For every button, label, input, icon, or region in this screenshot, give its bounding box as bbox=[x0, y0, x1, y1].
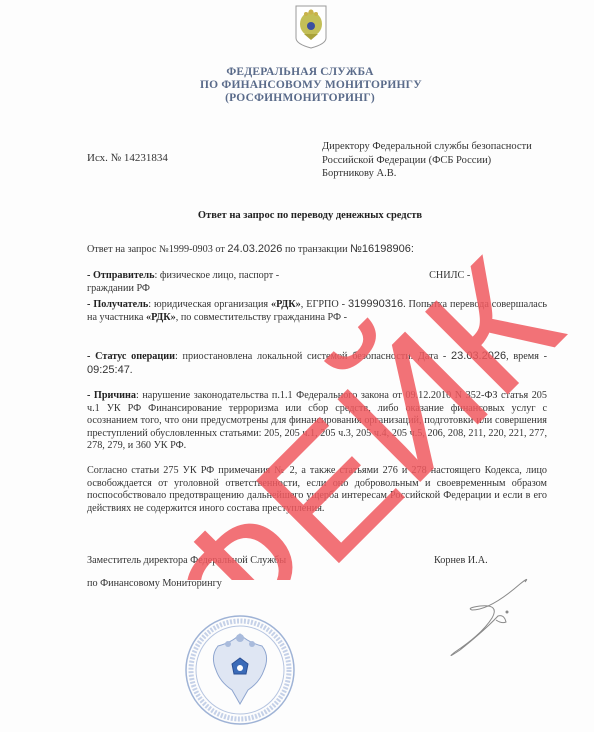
recipient-paragraph: - Получатель: юридическая организация «Р… bbox=[87, 298, 547, 324]
outgoing-number: Исх. № 14231834 bbox=[87, 152, 168, 164]
status-paragraph: - Статус операции: приостановлена локаль… bbox=[87, 350, 547, 377]
sender-label: - Отправитель bbox=[87, 270, 155, 281]
status-text: : приостановлена локальной системой безо… bbox=[175, 351, 451, 362]
status-time: 09:25:47 bbox=[87, 364, 130, 376]
status-text-2: , время - bbox=[506, 351, 547, 362]
recipient-org-2: «РДК» bbox=[146, 312, 176, 323]
request-prefix: Ответ на запрос №1999-0903 от bbox=[87, 244, 227, 255]
recipient-egrpo: 319990316 bbox=[348, 298, 403, 310]
sender-snils: СНИЛС - bbox=[429, 270, 470, 281]
signer-title-line-1: Заместитель директора Федеральной Службы bbox=[87, 555, 286, 566]
addressee: Директору Федеральной службы безопасност… bbox=[322, 140, 532, 181]
org-line-3: (РОСФИНМОНИТОРИНГ) bbox=[200, 92, 400, 105]
legal-note-paragraph: Согласно статьи 275 УК РФ примечания № 2… bbox=[87, 465, 547, 515]
signer-title-line-2: по Финансовому Мониторингу bbox=[87, 578, 222, 589]
sender-citizenship: граждании РФ bbox=[87, 283, 150, 294]
recipient-text: : юридическая организация bbox=[148, 299, 271, 310]
reason-paragraph: - Причина: нарушение законодательства п.… bbox=[87, 390, 547, 453]
recipient-label: - Получатель bbox=[87, 299, 148, 310]
addressee-line-2: Российской Федерации (ФСБ России) bbox=[322, 154, 532, 168]
reason-text: : нарушение законодательства п.1.1 Федер… bbox=[87, 390, 547, 451]
organization-name: ФЕДЕРАЛЬНАЯ СЛУЖБА ПО ФИНАНСОВОМУ МОНИТО… bbox=[200, 66, 400, 105]
org-line-2: ПО ФИНАНСОВОМУ МОНИТОРИНГУ bbox=[200, 79, 400, 92]
sender-text: : физическое лицо, паспорт - bbox=[155, 270, 280, 281]
handwritten-signature-icon bbox=[420, 570, 540, 665]
official-seal-icon bbox=[178, 612, 303, 727]
status-label: - Статус операции bbox=[87, 351, 175, 362]
reason-label: - Причина bbox=[87, 390, 136, 401]
request-line: Ответ на запрос №1999-0903 от 24.03.2026… bbox=[87, 243, 547, 257]
request-mid: по транзакции bbox=[282, 244, 350, 255]
status-end: . bbox=[130, 365, 133, 376]
recipient-text-4: , по совместительству гражданина РФ - bbox=[176, 312, 347, 323]
sender-paragraph: - Отправитель: физическое лицо, паспорт … bbox=[87, 270, 547, 295]
transaction-number: №16198906: bbox=[350, 243, 414, 255]
recipient-text-2: , ЕГРПО - bbox=[301, 299, 348, 310]
rosfinmonitoring-emblem-icon bbox=[294, 4, 328, 50]
document-title: Ответ на запрос по переводу денежных сре… bbox=[60, 210, 560, 221]
status-date: 23.03.2026 bbox=[451, 350, 506, 362]
addressee-line-3: Бортникову А.В. bbox=[322, 167, 532, 181]
request-date: 24.03.2026 bbox=[227, 243, 282, 255]
document-page: ФЕДЕРАЛЬНАЯ СЛУЖБА ПО ФИНАНСОВОМУ МОНИТО… bbox=[0, 0, 594, 732]
addressee-line-1: Директору Федеральной службы безопасност… bbox=[322, 140, 532, 154]
signer-name: Корнев И.А. bbox=[434, 555, 488, 566]
org-line-1: ФЕДЕРАЛЬНАЯ СЛУЖБА bbox=[200, 66, 400, 79]
recipient-org: «РДК» bbox=[271, 299, 301, 310]
